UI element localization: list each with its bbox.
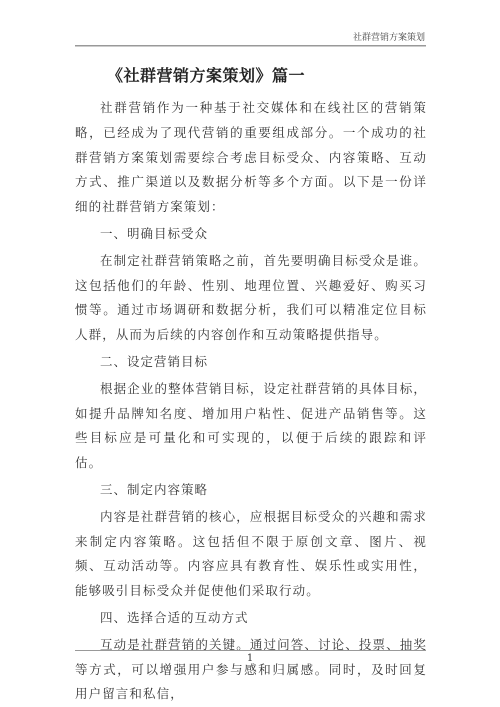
section-paragraph-1: 在制定社群营销策略之前，首先要明确目标受众是谁。这包括他们的年龄、性别、地理位置… <box>75 249 427 348</box>
section-heading-4: 四、选择合适的互动方式 <box>75 606 427 631</box>
intro-paragraph: 社群营销作为一种基于社交媒体和在线社区的营销策略，已经成为了现代营销的重要组成部… <box>75 96 427 220</box>
section-heading-1: 一、明确目标受众 <box>75 222 427 247</box>
header-divider <box>75 45 426 47</box>
section-heading-2: 二、设定营销目标 <box>75 350 427 375</box>
page-number: 1 <box>0 653 500 664</box>
document-title: 《社群营销方案策划》篇一 <box>107 63 305 86</box>
section-paragraph-2: 根据企业的整体营销目标，设定社群营销的具体目标，如提升品牌知名度、增加用户粘性、… <box>75 377 427 476</box>
section-paragraph-3: 内容是社群营销的核心，应根据目标受众的兴趣和需求来制定内容策略。这包括但不限于原… <box>75 505 427 604</box>
document-body: 社群营销作为一种基于社交媒体和在线社区的营销策略，已经成为了现代营销的重要组成部… <box>75 96 427 707</box>
footer-divider <box>75 650 426 651</box>
section-paragraph-4: 互动是社群营销的关键。通过问答、讨论、投票、抽奖等方式，可以增强用户参与感和归属… <box>75 633 427 707</box>
section-heading-3: 三、制定内容策略 <box>75 478 427 503</box>
running-header: 社群营销方案策划 <box>75 30 425 43</box>
